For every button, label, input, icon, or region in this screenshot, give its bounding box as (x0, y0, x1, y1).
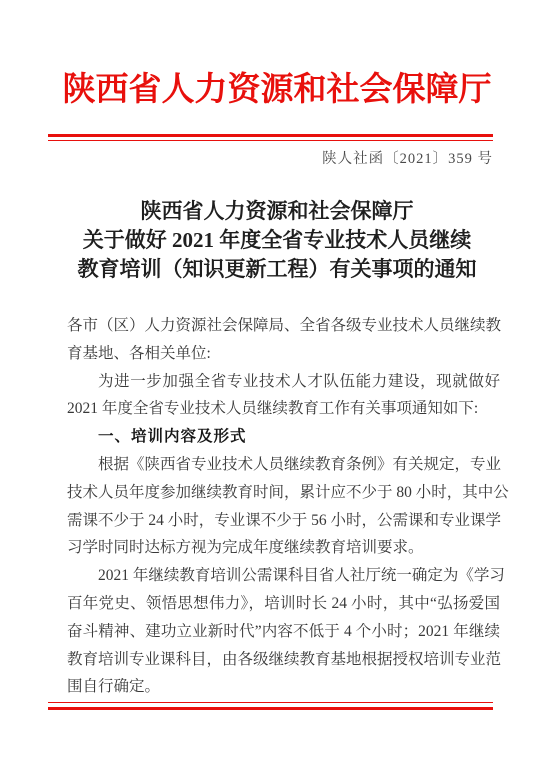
body-line-intro-1: 为进一步加强全省专业技术人才队伍能力建设，现就做好 (67, 368, 500, 396)
notice-title-line-3: 教育培训（知识更新工程）有关事项的通知 (0, 255, 554, 284)
body-line-para1-3: 需课不少于 24 小时，专业课不少于 56 小时，公需课和专业课学 (67, 507, 500, 535)
body-line-para2-2: 百年党史、领悟思想伟力》，培训时长 24 小时，其中“弘扬爱国 (67, 590, 500, 618)
notice-body: 各市（区）人力资源社会保障局、全省各级专业技术人员继续教 育基地、各相关单位: … (67, 312, 500, 701)
body-section-heading-1: 一、培训内容及形式 (67, 423, 500, 451)
notice-title: 陕西省人力资源和社会保障厅 关于做好 2021 年度全省专业技术人员继续 教育培… (0, 197, 554, 284)
agency-header-title: 陕西省人力资源和社会保障厅 (0, 70, 554, 110)
body-line-intro-2: 2021 年度全省专业技术人员继续教育工作有关事项通知如下: (67, 395, 500, 423)
body-line-para2-5: 围自行确定。 (67, 673, 500, 701)
notice-title-line-2: 关于做好 2021 年度全省专业技术人员继续 (0, 226, 554, 255)
body-line-para1-2: 技术人员年度参加继续教育时间，累计应不少于 80 小时，其中公 (67, 479, 500, 507)
body-line-para1-4: 习学时同时达标方视为完成年度继续教育培训要求。 (67, 534, 500, 562)
doc-number: 陕人社函〔2021〕359 号 (322, 150, 493, 168)
notice-title-line-1: 陕西省人力资源和社会保障厅 (0, 197, 554, 226)
red-divider-bottom (48, 702, 493, 710)
body-line-para1-1: 根据《陕西省专业技术人员继续教育条例》有关规定，专业 (67, 451, 500, 479)
body-line-salutation-1: 各市（区）人力资源社会保障局、全省各级专业技术人员继续教 (67, 312, 500, 340)
body-line-para2-3: 奋斗精神、建功立业新时代”内容不低于 4 个小时；2021 年继续 (67, 618, 500, 646)
red-divider-top (48, 134, 493, 141)
body-line-para2-1: 2021 年继续教育培训公需课科目省人社厅统一确定为《学习 (67, 562, 500, 590)
body-line-para2-4: 教育培训专业课科目，由各级继续教育基地根据授权培训专业范 (67, 646, 500, 674)
official-document-page: 陕西省人力资源和社会保障厅 陕人社函〔2021〕359 号 陕西省人力资源和社会… (0, 0, 554, 783)
body-line-salutation-2: 育基地、各相关单位: (67, 340, 500, 368)
